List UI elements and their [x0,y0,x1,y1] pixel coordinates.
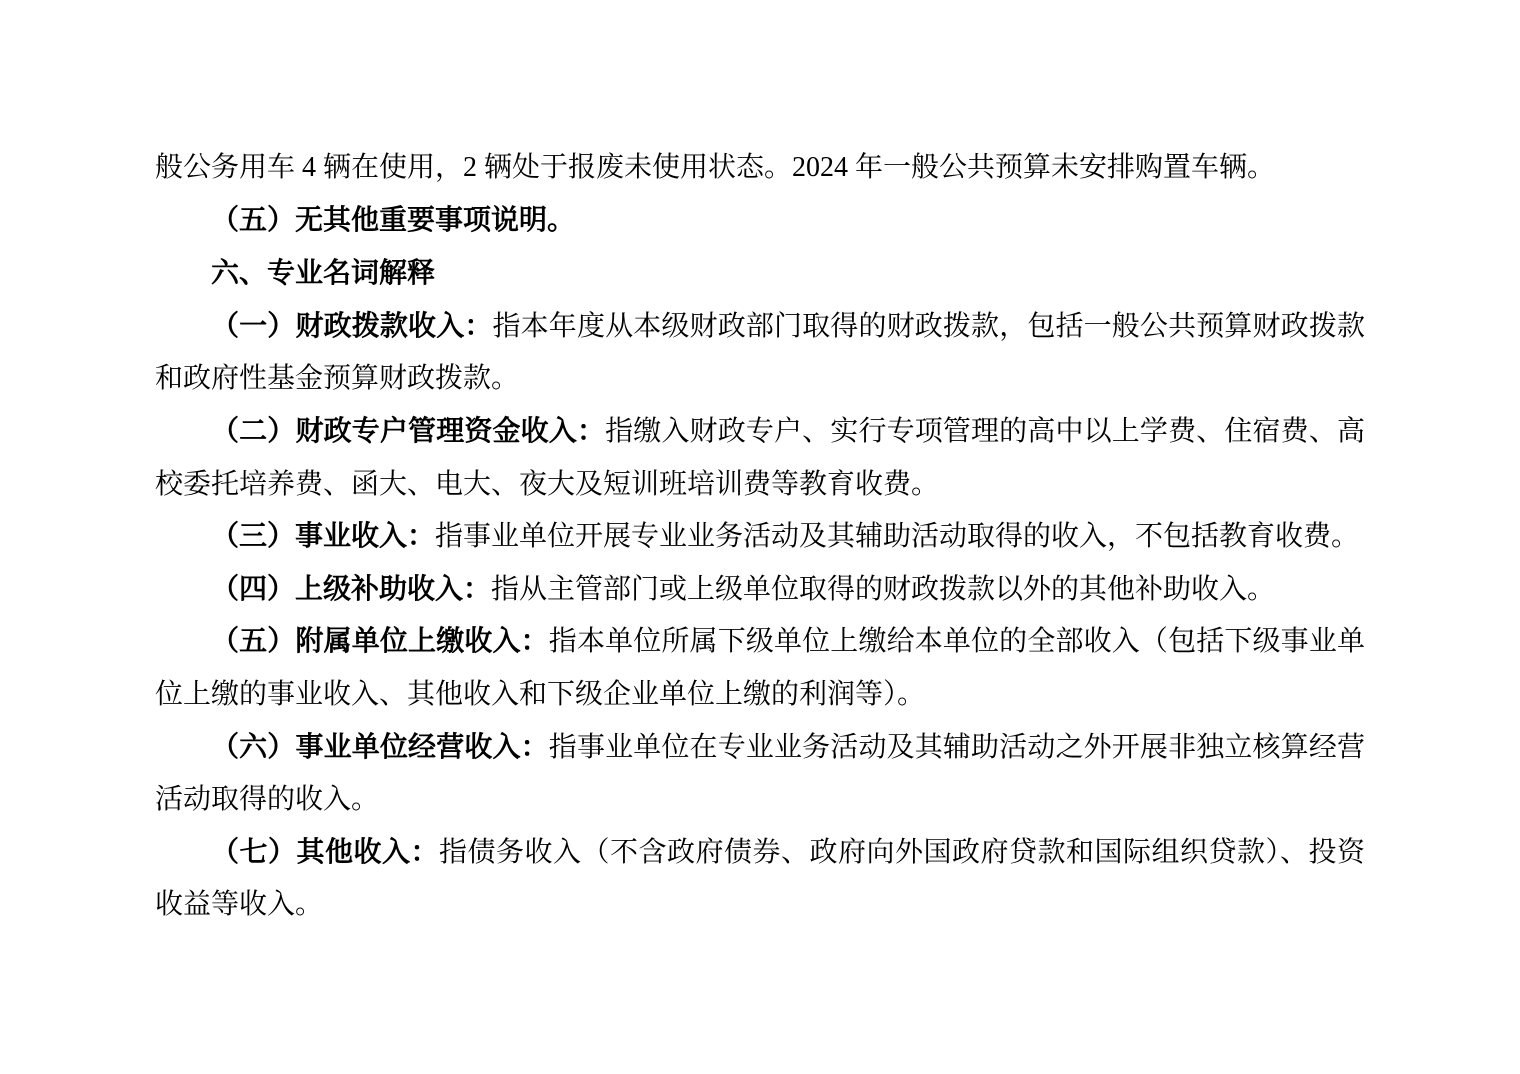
paragraph-term-4-superior-subsidy-income: （四）上级补助收入：指从主管部门或上级单位取得的财政拨款以外的其他补助收入。 [155,564,1365,617]
text-run-bold: （三）事业收入： [211,521,435,552]
paragraph-carryover-vehicle-note: 般公务用车 4 辆在使用，2 辆处于报废未使用状态。2024 年一般公共预算未安… [155,142,1365,195]
paragraph-term-1-fiscal-appropriation-income: （一）财政拨款收入：指本年度从本级财政部门取得的财政拨款，包括一般公共预算财政拨… [155,301,1365,406]
text-run: 指从主管部门或上级单位取得的财政拨款以外的其他补助收入。 [491,574,1275,605]
paragraph-term-3-institutional-income: （三）事业收入：指事业单位开展专业业务活动及其辅助活动取得的收入，不包括教育收费… [155,511,1365,564]
text-run-bold: （六）事业单位经营收入： [211,732,549,763]
text-run: 般公务用车 4 辆在使用，2 辆处于报废未使用状态。2024 年一般公共预算未安… [155,152,1275,183]
text-run: 指事业单位开展专业业务活动及其辅助活动取得的收入，不包括教育收费。 [435,521,1359,552]
paragraph-item-5-no-other-matters: （五）无其他重要事项说明。 [155,195,1365,248]
text-run-bold: （二）财政专户管理资金收入： [211,416,605,447]
text-run-bold: 六、专业名词解释 [211,257,435,288]
text-run-bold: （五）无其他重要事项说明。 [211,205,575,236]
paragraph-term-7-other-income: （七）其他收入：指债务收入（不含政府债券、政府向外国政府贷款和国际组织贷款）、投… [155,827,1365,932]
paragraph-term-5-affiliated-unit-remittance-income: （五）附属单位上缴收入：指本单位所属下级单位上缴给本单位的全部收入（包括下级事业… [155,616,1365,721]
paragraph-term-2-fiscal-special-account-income: （二）财政专户管理资金收入：指缴入财政专户、实行专项管理的高中以上学费、住宿费、… [155,406,1365,511]
paragraph-section-6-heading: 六、专业名词解释 [155,247,1365,301]
text-run-bold: （五）附属单位上缴收入： [211,626,549,657]
text-run-bold: （四）上级补助收入： [211,574,491,605]
document-page: 般公务用车 4 辆在使用，2 辆处于报废未使用状态。2024 年一般公共预算未安… [0,0,1520,1074]
text-run-bold: （一）财政拨款收入： [211,311,493,342]
text-run-bold: （七）其他收入： [211,837,439,868]
document-body: 般公务用车 4 辆在使用，2 辆处于报废未使用状态。2024 年一般公共预算未安… [155,142,1365,932]
paragraph-term-6-institutional-operating-income: （六）事业单位经营收入：指事业单位在专业业务活动及其辅助活动之外开展非独立核算经… [155,722,1365,827]
